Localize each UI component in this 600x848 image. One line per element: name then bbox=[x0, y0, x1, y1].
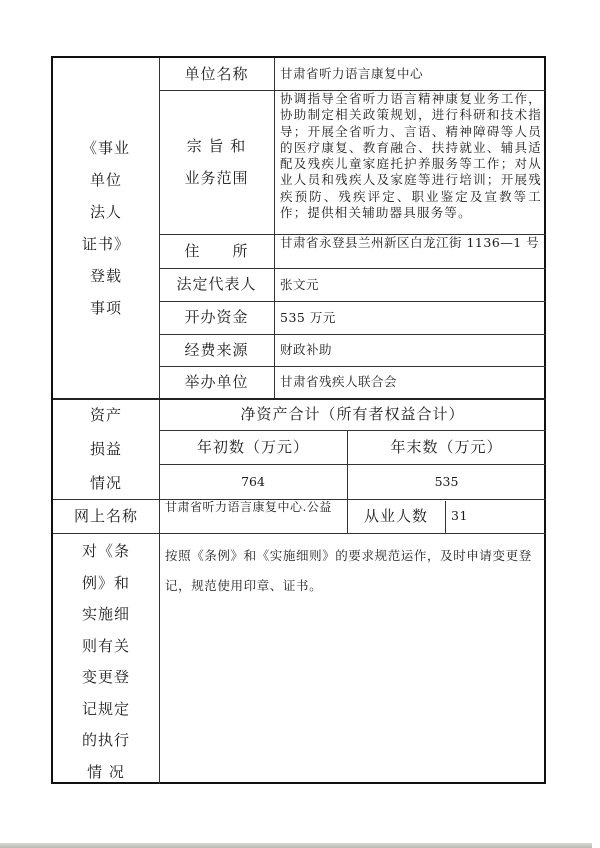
end-year-value: 535 bbox=[347, 464, 546, 499]
registered-capital-value: 535 万元 bbox=[274, 301, 546, 334]
heading-line: 登载 bbox=[90, 260, 122, 292]
heading-line: 事项 bbox=[90, 292, 122, 324]
label-line: 宗 旨 和 bbox=[187, 130, 247, 162]
purpose-scope-value: 协调指导全省听力语言精神康复业务工作，协助制定相关政策规划，进行科研和技术指导；… bbox=[274, 90, 546, 234]
heading-line: 变更登 bbox=[82, 662, 130, 694]
heading-line: 实施细 bbox=[82, 599, 130, 631]
execution-text: 按照《条例》和《实施细则》的要求规范运作，及时申请变更登记，规范使用印章、证书。 bbox=[159, 533, 546, 784]
funding-source-label: 经费来源 bbox=[159, 334, 274, 366]
registration-section-heading: 《事业 单位 法人 证书》 登载 事项 bbox=[53, 58, 159, 398]
heading-line: 证书》 bbox=[82, 228, 130, 260]
begin-year-value: 764 bbox=[159, 464, 347, 499]
label-line: 业务范围 bbox=[184, 162, 248, 194]
heading-line: 资产 bbox=[90, 398, 122, 432]
registered-capital-label: 开办资金 bbox=[159, 301, 274, 334]
sponsor-value: 甘肃省残疾人联合会 bbox=[274, 366, 546, 398]
online-name-value: 甘肃省听力语言康复中心.公益 bbox=[159, 499, 347, 533]
scan-edge bbox=[0, 843, 592, 848]
purpose-scope-label: 宗 旨 和 业务范围 bbox=[159, 90, 274, 234]
heading-line: 记规定 bbox=[82, 694, 130, 726]
unit-name-label: 单位名称 bbox=[159, 58, 274, 90]
staff-count-label: 从业人数 bbox=[347, 499, 445, 533]
net-assets-title: 净资产合计（所有者权益合计） bbox=[159, 398, 546, 430]
address-label: 住 所 bbox=[159, 234, 274, 268]
funding-source-value: 财政补助 bbox=[274, 334, 546, 366]
registration-table: 《事业 单位 法人 证书》 登载 事项 单位名称 甘肃省听力语言康复中心 宗 旨… bbox=[51, 56, 546, 784]
online-name-label: 网上名称 bbox=[53, 499, 159, 533]
address-value: 甘肃省永登县兰州新区白龙江街 1136—1 号 bbox=[274, 234, 546, 268]
heading-line: 损益 bbox=[90, 432, 122, 466]
legal-representative-label: 法定代表人 bbox=[159, 268, 274, 301]
staff-count-value: 31 bbox=[445, 499, 546, 533]
heading-line: 则有关 bbox=[82, 631, 130, 663]
sponsor-label: 举办单位 bbox=[159, 366, 274, 398]
execution-section-heading: 对《条 例》和 实施细 则有关 变更登 记规定 的执行 情 况 bbox=[53, 533, 159, 784]
heading-line: 的执行 bbox=[82, 725, 130, 757]
heading-line: 情 况 bbox=[87, 757, 125, 789]
heading-line: 《事业 bbox=[82, 132, 130, 164]
assets-section-heading: 资产 损益 情况 bbox=[53, 398, 159, 499]
document-page: 《事业 单位 法人 证书》 登载 事项 单位名称 甘肃省听力语言康复中心 宗 旨… bbox=[0, 0, 600, 848]
heading-line: 对《条 bbox=[82, 536, 130, 568]
legal-representative-value: 张文元 bbox=[274, 268, 546, 301]
begin-year-label: 年初数（万元） bbox=[159, 430, 347, 464]
end-year-label: 年末数（万元） bbox=[347, 430, 546, 464]
heading-line: 单位 bbox=[90, 164, 122, 196]
heading-line: 情况 bbox=[90, 466, 122, 500]
heading-line: 例》和 bbox=[82, 568, 130, 600]
heading-line: 法人 bbox=[90, 196, 122, 228]
unit-name-value: 甘肃省听力语言康复中心 bbox=[274, 58, 546, 90]
